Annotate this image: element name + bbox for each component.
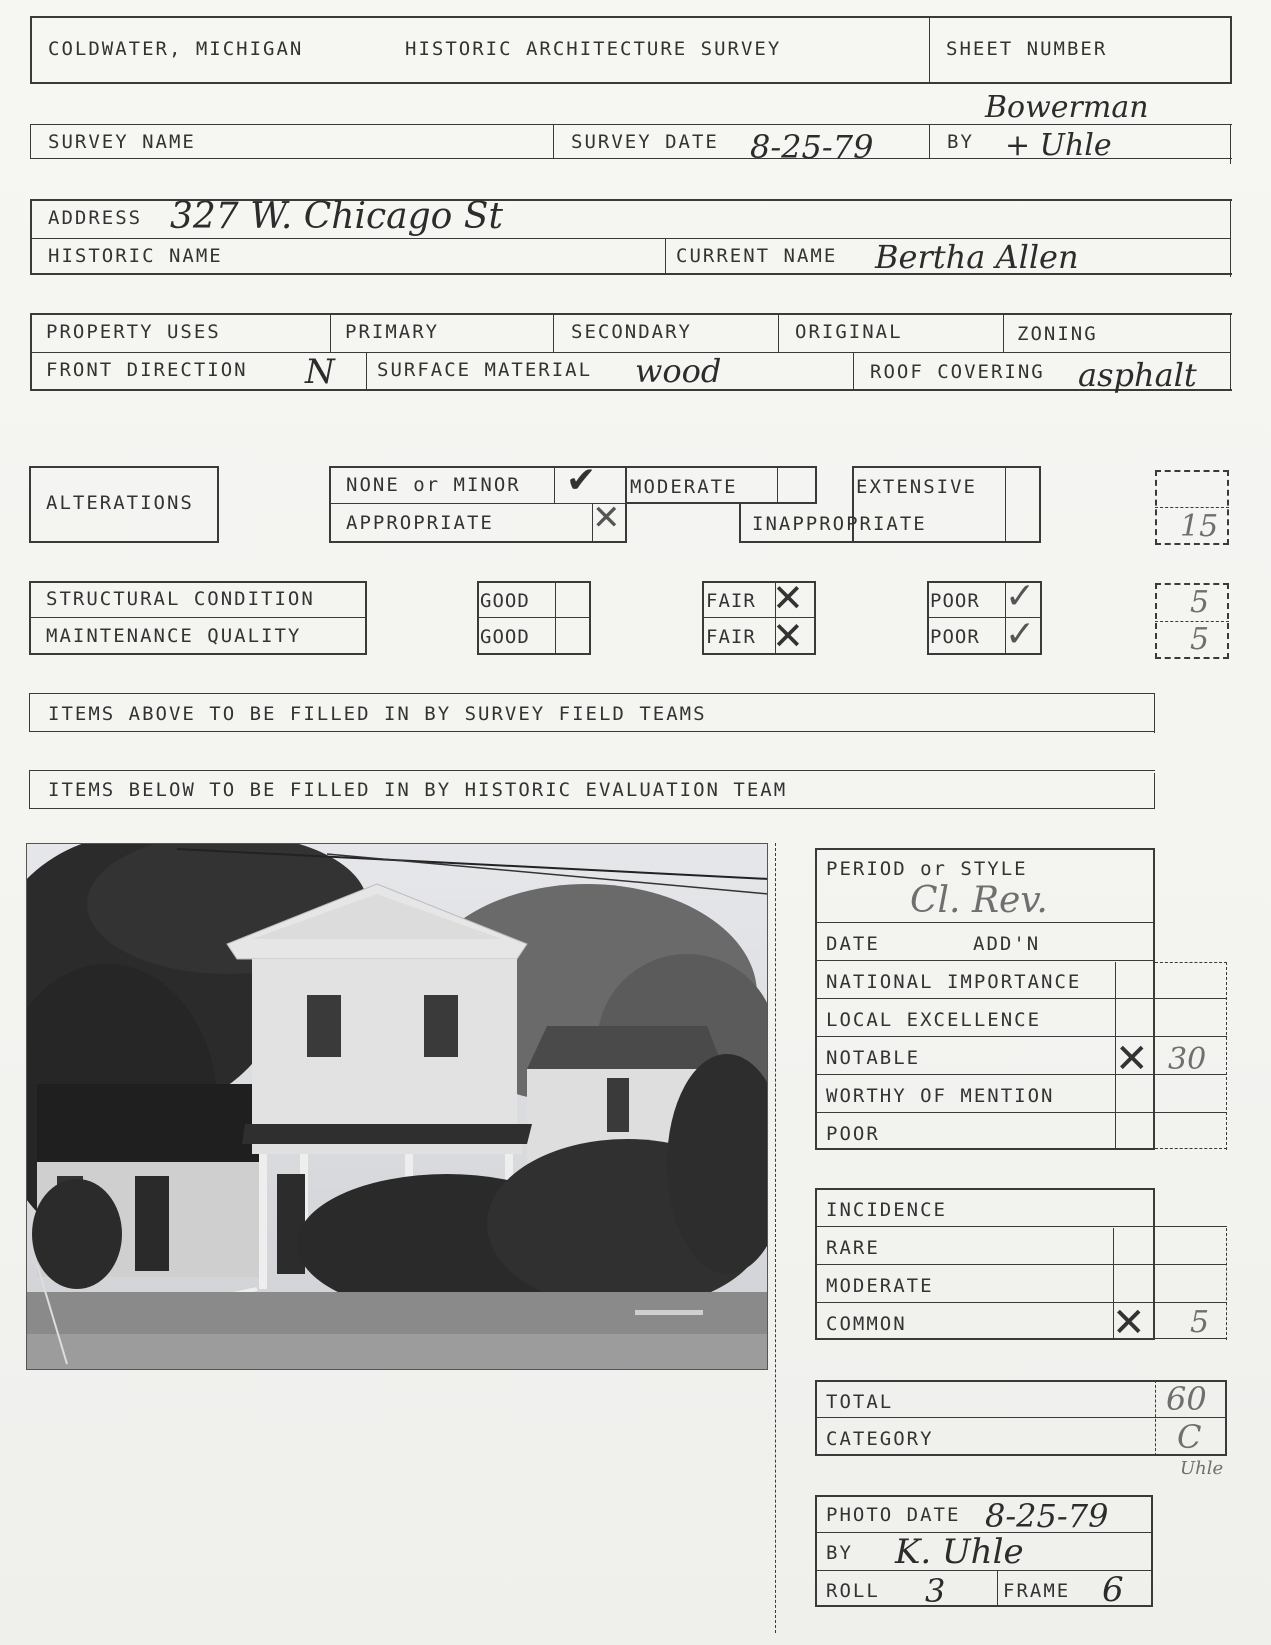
survey-by-value-1[interactable]: Bowerman <box>985 90 1149 125</box>
notice-above-bottom <box>29 731 1155 732</box>
none-check-divider <box>554 466 555 503</box>
common-score[interactable]: 5 <box>1190 1305 1209 1340</box>
survey-by-label: BY <box>947 131 974 153</box>
notice-above-left <box>29 693 30 731</box>
none-or-minor-check[interactable]: ✔ <box>566 460 596 501</box>
secondary-label: SECONDARY <box>571 321 692 343</box>
maintenance-score[interactable]: 5 <box>1190 622 1209 657</box>
current-name-divider <box>665 238 666 275</box>
alterations-score-divider <box>1155 507 1229 508</box>
front-direction-value[interactable]: N <box>305 352 335 392</box>
period-style-label: PERIOD or STYLE <box>826 858 1028 880</box>
good-divider <box>477 617 591 618</box>
maintenance-poor-label: POOR <box>930 626 980 648</box>
period-style-value[interactable]: Cl. Rev. <box>910 880 1048 921</box>
total-label: TOTAL <box>826 1391 893 1413</box>
addn-label: ADD'N <box>973 933 1040 955</box>
primary-divider <box>330 313 331 352</box>
survey-divider-1 <box>553 124 554 158</box>
good-check-divider <box>555 581 556 655</box>
eval-row-1 <box>815 998 1227 999</box>
header-divider <box>929 16 930 84</box>
alterations-label: ALTERATIONS <box>46 492 194 514</box>
original-divider <box>778 313 779 352</box>
incidence-row-2 <box>815 1264 1227 1265</box>
maintenance-poor-check[interactable]: ✓ <box>1005 614 1035 655</box>
surface-divider <box>366 352 367 391</box>
eval-row-label: NATIONAL IMPORTANCE <box>826 971 1081 993</box>
frame-label: FRAME <box>1003 1580 1070 1602</box>
appropriate-label: APPROPRIATE <box>346 512 494 534</box>
property-uses-label: PROPERTY USES <box>46 321 221 343</box>
none-or-minor-label: NONE or MINOR <box>346 474 521 496</box>
roll-label: ROLL <box>826 1580 880 1602</box>
common-check[interactable]: ✕ <box>1112 1300 1146 1346</box>
eval-row-3 <box>815 1074 1227 1075</box>
incidence-row-label: RARE <box>826 1237 880 1259</box>
incidence-row-label: MODERATE <box>826 1275 934 1297</box>
survey-row-right <box>1230 124 1231 164</box>
primary-label: PRIMARY <box>345 321 439 343</box>
inappropriate-label: INAPPROPRIATE <box>752 513 927 535</box>
survey-date-label: SURVEY DATE <box>571 131 719 153</box>
maintenance-quality-label: MAINTENANCE QUALITY <box>46 625 301 647</box>
photo-date-label: PHOTO DATE <box>826 1504 960 1526</box>
photo-date-value[interactable]: 8-25-79 <box>985 1497 1108 1535</box>
eval-row-label: WORTHY OF MENTION <box>826 1085 1054 1107</box>
structural-poor-label: POOR <box>930 590 980 612</box>
extensive-label: EXTENSIVE <box>856 476 977 498</box>
eval-score-bottom <box>1155 1148 1227 1149</box>
photo-by-label: BY <box>826 1542 853 1564</box>
incidence-label: INCIDENCE <box>826 1199 947 1221</box>
structural-condition-label: STRUCTURAL CONDITION <box>46 588 315 610</box>
date-label: DATE <box>826 933 880 955</box>
notice-below-left <box>29 770 30 808</box>
zoning-label: ZONING <box>1017 323 1098 345</box>
form-title: HISTORIC ARCHITECTURE SURVEY <box>405 38 781 60</box>
eval-row-2 <box>815 1036 1227 1037</box>
notice-below: ITEMS BELOW TO BE FILLED IN BY HISTORIC … <box>48 779 787 801</box>
period-divider <box>815 922 1155 923</box>
eval-row-4 <box>815 1112 1227 1113</box>
zoning-divider <box>1003 313 1004 352</box>
alterations-left-divider <box>329 503 627 504</box>
totals-value-divider <box>1155 1380 1156 1456</box>
notice-above-right <box>1154 693 1155 733</box>
house-photo <box>26 843 768 1370</box>
eval-score-top <box>1155 962 1227 963</box>
frame-value[interactable]: 6 <box>1102 1570 1124 1610</box>
roll-value[interactable]: 3 <box>925 1572 945 1610</box>
alterations-score[interactable]: 15 <box>1180 509 1218 544</box>
photo-panel-right-edge <box>775 843 776 1633</box>
current-name-value[interactable]: Bertha Allen <box>875 238 1079 276</box>
incidence-row-label: COMMON <box>826 1313 907 1335</box>
survey-row-left <box>30 124 31 158</box>
front-direction-label: FRONT DIRECTION <box>46 359 248 381</box>
category-value[interactable]: C <box>1177 1418 1201 1456</box>
sheet-number-label: SHEET NUMBER <box>946 38 1107 60</box>
roof-covering-label: ROOF COVERING <box>870 361 1045 383</box>
structural-poor-check[interactable]: ✓ <box>1005 576 1035 617</box>
maintenance-fair-label: FAIR <box>706 626 756 648</box>
survey-date-value[interactable]: 8-25-79 <box>750 128 873 166</box>
city-label: COLDWATER, MICHIGAN <box>48 38 303 60</box>
notable-score[interactable]: 30 <box>1168 1042 1206 1077</box>
category-label: CATEGORY <box>826 1428 934 1450</box>
eval-row-label: LOCAL EXCELLENCE <box>826 1009 1041 1031</box>
current-name-label: CURRENT NAME <box>676 245 837 267</box>
address-box-right <box>1230 201 1231 277</box>
structural-fair-label: FAIR <box>706 590 756 612</box>
photo-by-value[interactable]: K. Uhle <box>895 1532 1024 1572</box>
date-divider <box>815 960 1155 961</box>
moderate-check-divider <box>777 466 778 504</box>
evaluator-initials: Uhle <box>1180 1458 1223 1479</box>
property-divider <box>30 352 1230 353</box>
surface-material-value[interactable]: wood <box>635 352 721 390</box>
house-photo-illustration <box>27 844 768 1370</box>
notice-below-bottom <box>29 808 1155 809</box>
incidence-row-3 <box>815 1302 1227 1303</box>
historic-name-label: HISTORIC NAME <box>48 245 223 267</box>
condition-label-divider <box>29 617 367 618</box>
original-label: ORIGINAL <box>795 321 903 343</box>
roof-divider <box>853 352 854 391</box>
notable-check[interactable]: ✕ <box>1115 1036 1149 1082</box>
eval-score-right <box>1226 962 1227 1150</box>
address-label: ADDRESS <box>48 207 142 229</box>
survey-sheet: COLDWATER, MICHIGAN HISTORIC ARCHITECTUR… <box>0 0 1271 1645</box>
roof-covering-value[interactable]: asphalt <box>1078 356 1197 394</box>
surface-material-label: SURFACE MATERIAL <box>377 359 592 381</box>
eval-row-label: POOR <box>826 1123 880 1145</box>
address-value[interactable]: 327 W. Chicago St <box>170 196 503 237</box>
secondary-divider <box>553 313 554 352</box>
structural-good-label: GOOD <box>480 590 530 612</box>
survey-divider-2 <box>929 124 930 158</box>
structural-score[interactable]: 5 <box>1190 585 1209 620</box>
notice-below-top <box>29 770 1155 771</box>
maintenance-good-label: GOOD <box>480 626 530 648</box>
survey-name-label: SURVEY NAME <box>48 131 196 153</box>
notice-below-right <box>1154 773 1155 809</box>
incidence-row-1 <box>815 1226 1227 1227</box>
survey-by-value-2[interactable]: + Uhle <box>1005 128 1112 163</box>
moderate-label: MODERATE <box>630 476 738 498</box>
notice-above-top <box>29 693 1155 694</box>
incidence-score-right <box>1226 1228 1227 1340</box>
maintenance-fair-check[interactable]: ✕ <box>772 614 804 658</box>
eval-row-label: NOTABLE <box>826 1047 920 1069</box>
appropriate-check[interactable]: ✕ <box>592 498 621 538</box>
notice-above: ITEMS ABOVE TO BE FILLED IN BY SURVEY FI… <box>48 703 707 725</box>
roll-frame-divider <box>997 1570 998 1607</box>
total-value[interactable]: 60 <box>1166 1380 1207 1418</box>
property-box-right <box>1230 315 1231 391</box>
